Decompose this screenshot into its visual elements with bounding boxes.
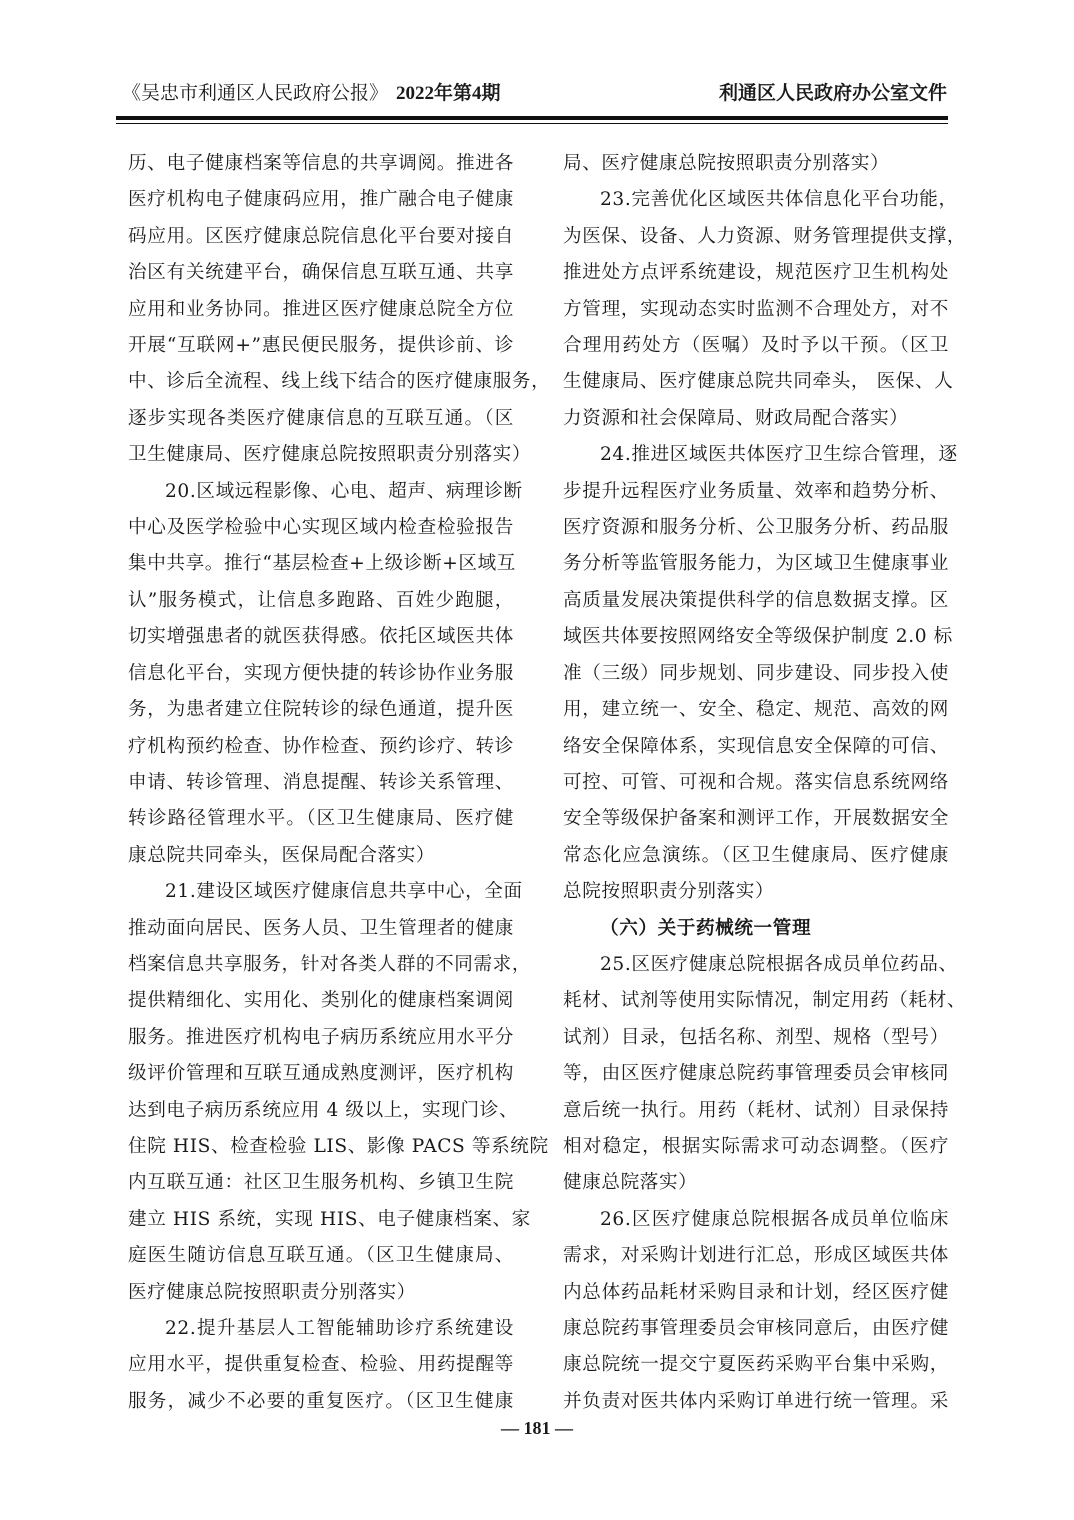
text-line: 开展“互联网+”惠民便民服务，提供诊前、诊: [128, 328, 514, 364]
text-line: 等，由区医疗健康总院药事管理委员会审核同: [563, 1056, 949, 1092]
text-line: 25.区医疗健康总院根据各成员单位药品、: [563, 947, 949, 983]
text-line: 内互联互通：社区卫生服务机构、乡镇卫生院: [128, 1165, 514, 1201]
text-line: 信息化平台，实现方便快捷的转诊协作业务服: [128, 656, 514, 692]
text-line: 中、诊后全流程、线上线下结合的医疗健康服务，: [128, 364, 514, 400]
text-line: 医疗机构电子健康码应用，推广融合电子健康: [128, 182, 514, 218]
text-line: 级评价管理和互联互通成熟度测评，医疗机构: [128, 1056, 514, 1092]
text-line: 为医保、设备、人力资源、财务管理提供支撑，: [563, 219, 949, 255]
text-line: 总院按照职责分别落实）: [563, 874, 949, 910]
text-line: 治区有关统建平台，确保信息互联互通、共享: [128, 255, 514, 291]
text-line: 健康总院落实）: [563, 1165, 949, 1201]
text-line: 申请、转诊管理、消息提醒、转诊关系管理、: [128, 765, 514, 801]
text-line: 可控、可管、可视和合规。落实信息系统网络: [563, 765, 949, 801]
text-line: 推进处方点评系统建设，规范医疗卫生机构处: [563, 255, 949, 291]
text-line: 耗材、试剂等使用实际情况，制定用药（耗材、: [563, 983, 949, 1019]
text-line: 络安全保障体系，实现信息安全保障的可信、: [563, 729, 949, 765]
header-rule-thick: [116, 116, 948, 120]
text-line: 力资源和社会保障局、财政局配合落实）: [563, 401, 949, 437]
text-line: 高质量发展决策提供科学的信息数据支撑。区: [563, 583, 949, 619]
publication-title: 《吴忠市利通区人民政府公报》: [122, 83, 388, 104]
text-line: 康总院药事管理委员会审核同意后，由医疗健: [563, 1311, 949, 1347]
text-line: 切实增强患者的就医获得感。依托区域医共体: [128, 619, 514, 655]
text-line: 务，为患者建立住院转诊的绿色通道，提升医: [128, 692, 514, 728]
text-line: 用，建立统一、安全、稳定、规范、高效的网: [563, 692, 949, 728]
text-line: 需求，对采购计划进行汇总，形成区域医共体: [563, 1238, 949, 1274]
text-line: 达到电子病历系统应用 4 级以上，实现门诊、: [128, 1093, 514, 1129]
text-line: 医疗资源和服务分析、公卫服务分析、药品服: [563, 510, 949, 546]
issue-number: 2022年第4期: [396, 83, 501, 104]
text-line: 码应用。区医疗健康总院信息化平台要对接自: [128, 219, 514, 255]
text-line: 庭医生随访信息互联互通。（区卫生健康局、: [128, 1238, 514, 1274]
text-line: 疗机构预约检查、协作检查、预约诊疗、转诊: [128, 729, 514, 765]
text-line: 24.推进区域医共体医疗卫生综合管理，逐: [563, 437, 949, 473]
text-line: 逐步实现各类医疗健康信息的互联互通。（区: [128, 401, 514, 437]
text-line: 转诊路径管理水平。（区卫生健康局、医疗健: [128, 801, 514, 837]
text-line: 历、电子健康档案等信息的共享调阅。推进各: [128, 146, 514, 182]
section-heading: （六）关于药械统一管理: [563, 911, 949, 947]
text-line: 卫生健康局、医疗健康总院按照职责分别落实）: [128, 437, 514, 473]
right-column: 局、医疗健康总院按照职责分别落实）23.完善优化区域医共体信息化平台功能，为医保…: [563, 146, 949, 1420]
text-line: 康总院共同牵头，医保局配合落实）: [128, 838, 514, 874]
text-line: 方管理，实现动态实时监测不合理处方，对不: [563, 292, 949, 328]
text-line: 局、医疗健康总院按照职责分别落实）: [563, 146, 949, 182]
text-line: 相对稳定，根据实际需求可动态调整。（医疗: [563, 1129, 949, 1165]
text-line: 建立 HIS 系统，实现 HIS、电子健康档案、家: [128, 1202, 514, 1238]
text-line: 准（三级）同步规划、同步建设、同步投入使: [563, 656, 949, 692]
text-line: 推动面向居民、医务人员、卫生管理者的健康: [128, 911, 514, 947]
text-line: 认”服务模式，让信息多跑路、百姓少跑腿，: [128, 583, 514, 619]
publication-header: 《吴忠市利通区人民政府公报》2022年第4期: [122, 78, 501, 105]
text-line: 应用水平，提供重复检查、检验、用药提醒等: [128, 1347, 514, 1383]
text-line: 20.区域远程影像、心电、超声、病理诊断: [128, 474, 514, 510]
text-line: 21.建设区域医疗健康信息共享中心，全面: [128, 874, 514, 910]
text-line: 医疗健康总院按照职责分别落实）: [128, 1275, 514, 1311]
text-line: 域医共体要按照网络安全等级保护制度 2.0 标: [563, 619, 949, 655]
text-line: 23.完善优化区域医共体信息化平台功能，: [563, 182, 949, 218]
text-line: 集中共享。推行“基层检查+上级诊断+区域互: [128, 546, 514, 582]
text-line: 步提升远程医疗业务质量、效率和趋势分析、: [563, 474, 949, 510]
text-line: 试剂）目录，包括名称、剂型、规格（型号）: [563, 1020, 949, 1056]
text-line: 服务，减少不必要的重复医疗。（区卫生健康: [128, 1384, 514, 1420]
text-line: 生健康局、医疗健康总院共同牵头， 医保、人: [563, 364, 949, 400]
text-line: 22.提升基层人工智能辅助诊疗系统建设: [128, 1311, 514, 1347]
text-line: 务分析等监管服务能力，为区域卫生健康事业: [563, 546, 949, 582]
text-line: 26.区医疗健康总院根据各成员单位临床: [563, 1202, 949, 1238]
header-rule-thin: [116, 123, 948, 124]
text-line: 档案信息共享服务，针对各类人群的不同需求，: [128, 947, 514, 983]
text-line: 康总院统一提交宁夏医药采购平台集中采购，: [563, 1347, 949, 1383]
text-line: 内总体药品耗材采购目录和计划，经区医疗健: [563, 1275, 949, 1311]
text-line: 服务。推进医疗机构电子病历系统应用水平分: [128, 1020, 514, 1056]
text-line: 意后统一执行。用药（耗材、试剂）目录保持: [563, 1093, 949, 1129]
text-line: 中心及医学检验中心实现区域内检查检验报告: [128, 510, 514, 546]
left-column: 历、电子健康档案等信息的共享调阅。推进各医疗机构电子健康码应用，推广融合电子健康…: [128, 146, 514, 1420]
text-line: 提供精细化、实用化、类别化的健康档案调阅: [128, 983, 514, 1019]
text-line: 安全等级保护备案和测评工作，开展数据安全: [563, 801, 949, 837]
page-number: — 181 —: [0, 1418, 1074, 1439]
text-line: 应用和业务协同。推进区医疗健康总院全方位: [128, 292, 514, 328]
text-line: 合理用药处方（医嘱）及时予以干预。（区卫: [563, 328, 949, 364]
section-title: 利通区人民政府办公室文件: [719, 78, 947, 105]
text-line: 住院 HIS、检查检验 LIS、影像 PACS 等系统院: [128, 1129, 514, 1165]
text-line: 常态化应急演练。（区卫生健康局、医疗健康: [563, 838, 949, 874]
text-line: 并负责对医共体内采购订单进行统一管理。采: [563, 1384, 949, 1420]
